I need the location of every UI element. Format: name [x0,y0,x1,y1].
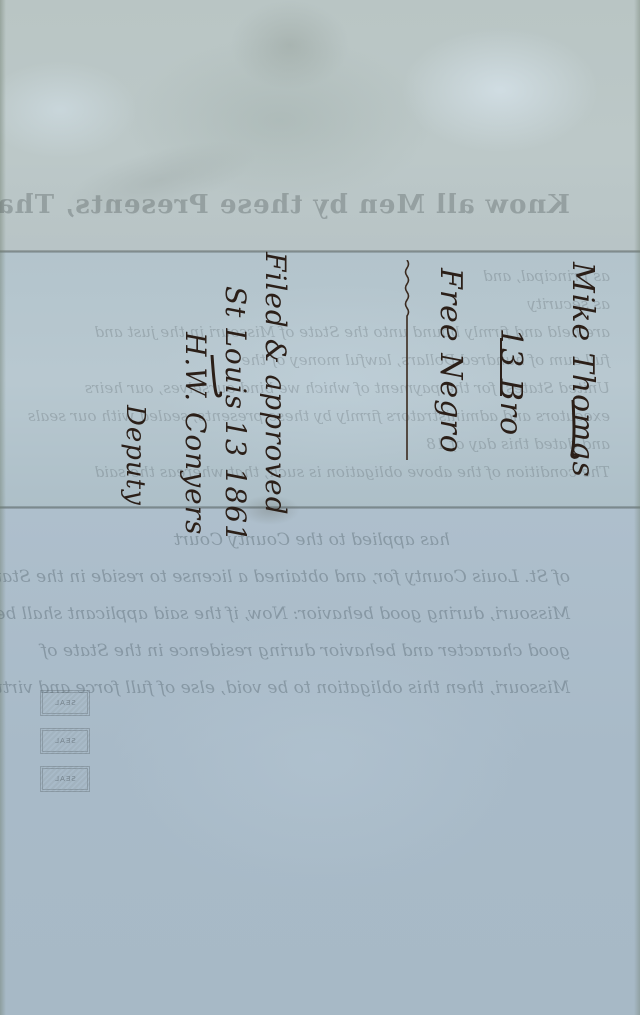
docket-status: Free Negro [433,268,468,454]
seal-box: SEAL [40,690,90,716]
fold-line [0,506,640,509]
bleed-line: as security [30,290,610,318]
dash-mark [500,338,502,396]
bleed-line: as principal, and [30,262,610,290]
docket-clerk-signature: H.W. Conyers [179,332,212,535]
seal-box: SEAL [40,728,90,754]
paper-edge-left [0,0,6,1015]
bleed-through-heading: Know all Men by these Presents, That We [10,190,570,220]
seal-box: SEAL [40,766,90,792]
fold-line [0,250,640,253]
docket-date: St Louis 13 1861 [219,286,252,543]
docket-filed-approved: Filed & approved [259,252,292,516]
wavy-line-icon [402,260,412,460]
bleed-line: has applied to the County Court [30,522,570,559]
bleed-line: good character and behavior during resid… [30,633,570,670]
bleed-line: Missouri, then this obligation to be voi… [30,670,570,707]
docket-clerk-title: Deputy [120,405,150,506]
docket-age: 13 Bro [493,328,528,436]
paper-edge-right [634,0,640,1015]
bleed-through-bottom-text: has applied to the County Court of St. L… [30,522,570,707]
bleed-line: of St. Louis County for, and obtained a … [30,559,570,596]
underline-flourish-icon [566,400,580,460]
document-page: Know all Men by these Presents, That We … [0,0,640,1015]
bleed-line: The condition of the above obligation is… [30,458,610,486]
bleed-line: Missouri, during good behavior: Now, if … [30,596,570,633]
